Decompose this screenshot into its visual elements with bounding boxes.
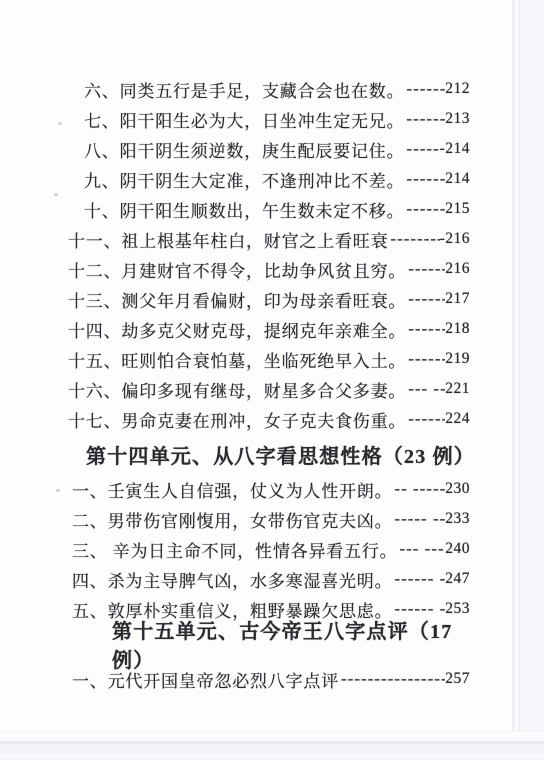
entry-title: 七、阳干阳生必为大，日坐冲生定无兄。 xyxy=(84,107,404,132)
toc-entry: 十七、男命克妻在刑冲，女子克夫食伤重。------- 224 xyxy=(0,404,470,434)
toc-entry: 十、阴干阳生顺数出，午生数未定不移。------ --- --215 xyxy=(0,194,470,224)
dash-leader: ------- xyxy=(406,409,445,429)
page-number: 215 xyxy=(445,200,470,218)
dash-leader: -------- xyxy=(406,289,445,309)
toc-section: 第十四单元、从八字看思想性格（23 例）一、壬寅生人自信强，仗义为人性开朗。--… xyxy=(0,434,470,624)
entry-title: 十五、旺则怕合衰怕墓，坐临死绝早入土。 xyxy=(68,347,406,372)
dash-leader: --- ---- xyxy=(406,379,445,399)
page-number: 224 xyxy=(445,410,470,428)
entry-title: 十四、劫多克父财克母，提纲克年亲难全。 xyxy=(68,317,406,342)
toc-entry: 一、元代开国皇帝忽必烈八字点评---------------- ----257 xyxy=(0,664,470,694)
toc-entry: 十三、测父年月看偏财，印为母亲看旺衰。--------217 xyxy=(0,284,470,314)
entry-title: 十三、测父年月看偏财，印为母亲看旺衰。 xyxy=(68,287,406,312)
page-number: 219 xyxy=(445,350,470,368)
entry-title: 二、男带伤官刚愎用，女带伤官克夫凶。 xyxy=(72,507,392,532)
entry-title: 十七、男命克妻在刑冲，女子克夫食伤重。 xyxy=(68,407,406,432)
toc-entry: 十五、旺则怕合衰怕墓，坐临死绝早入土。--------219 xyxy=(0,344,470,374)
toc-entry: 十六、偏印多现有继母，财星多合父多妻。--- ----221 xyxy=(0,374,470,404)
dash-leader: ----------- xyxy=(406,259,445,279)
toc-entry: 十四、劫多克父财克母，提纲克年亲难全。--------218 xyxy=(0,314,470,344)
dash-leader: ------------ xyxy=(404,79,445,99)
dash-leader: ----- ---- xyxy=(392,509,445,529)
entry-title: 十、阴干阳生顺数出，午生数未定不移。 xyxy=(84,197,404,222)
page-number: 233 xyxy=(445,510,470,528)
table-of-contents: 六、同类五行是手足，支藏合会也在数。------------212七、阳干阳生必… xyxy=(0,0,514,694)
page-number: 213 xyxy=(445,110,470,128)
entry-title: 十六、偏印多现有继母，财星多合父多妻。 xyxy=(68,377,406,402)
scan-background-bottom xyxy=(0,744,544,755)
toc-entry: 八、阳干阴生须逆数，庚生配辰要记住。------- -214 xyxy=(0,134,470,164)
page-number: 257 xyxy=(445,670,470,688)
entry-title: 十二、月建财官不得令，比劫争风贫且穷。 xyxy=(68,257,406,282)
dash-leader: -------- xyxy=(406,319,445,339)
page-number: 218 xyxy=(445,320,470,338)
page-number: -214 xyxy=(440,140,470,158)
toc-entry: 十二、月建财官不得令，比劫争风贫且穷。-----------216 xyxy=(0,254,470,284)
dash-leader: -- ------- xyxy=(392,479,445,499)
dash-leader: ---------------- ---- xyxy=(339,669,445,689)
page-number: 240 xyxy=(445,540,470,558)
dash-leader: -------- xyxy=(406,349,445,369)
toc-section: 第十五单元、古今帝王八字点评（17 例）一、元代开国皇帝忽必烈八字点评-----… xyxy=(0,624,470,694)
entry-title: 四、杀为主导脾气凶，水多寒湿喜光明。 xyxy=(72,567,392,592)
entry-title: 八、阳干阴生须逆数，庚生配辰要记住。 xyxy=(84,137,404,162)
toc-entry: 三、 辛为日主命不同，性情各异看五行。--- -----240 xyxy=(0,534,470,564)
entry-title: 十一、祖上根基年柱白，财官之上看旺衰 xyxy=(68,227,388,252)
toc-entry: 二、男带伤官刚愎用，女带伤官克夫凶。----- ----233 xyxy=(0,504,470,534)
dash-leader: ------ - --- xyxy=(404,169,445,189)
entry-title: 一、壬寅生人自信强，仗义为人性开朗。 xyxy=(72,477,392,502)
dash-leader: ---------- xyxy=(388,229,439,249)
toc-section: 六、同类五行是手足，支藏合会也在数。------------212七、阳干阳生必… xyxy=(0,74,470,434)
section-header: 第十五单元、古今帝王八字点评（17 例） xyxy=(0,624,470,664)
toc-entry: 一、壬寅生人自信强，仗义为人性开朗。-- -------230 xyxy=(0,474,470,504)
dash-leader: --------- xyxy=(404,109,445,129)
entry-title: 六、同类五行是手足，支藏合会也在数。 xyxy=(84,77,404,102)
entry-title: 三、 辛为日主命不同，性情各异看五行。 xyxy=(72,537,397,562)
entry-title: 一、元代开国皇帝忽必烈八字点评 xyxy=(72,667,339,692)
page-number: 217 xyxy=(445,290,470,308)
page-number: 216 xyxy=(445,260,470,278)
page-number: 230 xyxy=(445,480,470,498)
page-number: 212 xyxy=(445,80,470,98)
page-number: 221 xyxy=(445,380,470,398)
scanned-page-screenshot: 六、同类五行是手足，支藏合会也在数。------------212七、阳干阳生必… xyxy=(0,0,544,760)
scan-background-bottom-light xyxy=(0,755,544,760)
section-header: 第十四单元、从八字看思想性格（23 例） xyxy=(0,434,470,474)
dash-leader: ------- xyxy=(404,139,439,159)
toc-entry: 九、阴干阴生大定准，不逢刑冲比不差。------ - ---214 xyxy=(0,164,470,194)
toc-entry: 十一、祖上根基年柱白，财官之上看旺衰---------- -216 xyxy=(0,224,470,254)
dash-leader: ------ --- -- xyxy=(404,199,445,219)
entry-title: 九、阴干阴生大定准，不逢刑冲比不差。 xyxy=(84,167,404,192)
scan-background-right xyxy=(519,0,544,760)
page-number: -216 xyxy=(440,230,470,248)
toc-entry: 七、阳干阳生必为大，日坐冲生定无兄。---------213 xyxy=(0,104,470,134)
toc-entry: 四、杀为主导脾气凶，水多寒湿喜光明。------ -------247 xyxy=(0,564,470,594)
page-number: 214 xyxy=(445,170,470,188)
dash-leader: --- ----- xyxy=(397,539,445,559)
page-number: 247 xyxy=(445,570,470,588)
dash-leader: ------ ------- xyxy=(392,569,445,589)
toc-entry: 六、同类五行是手足，支藏合会也在数。------------212 xyxy=(0,74,470,104)
